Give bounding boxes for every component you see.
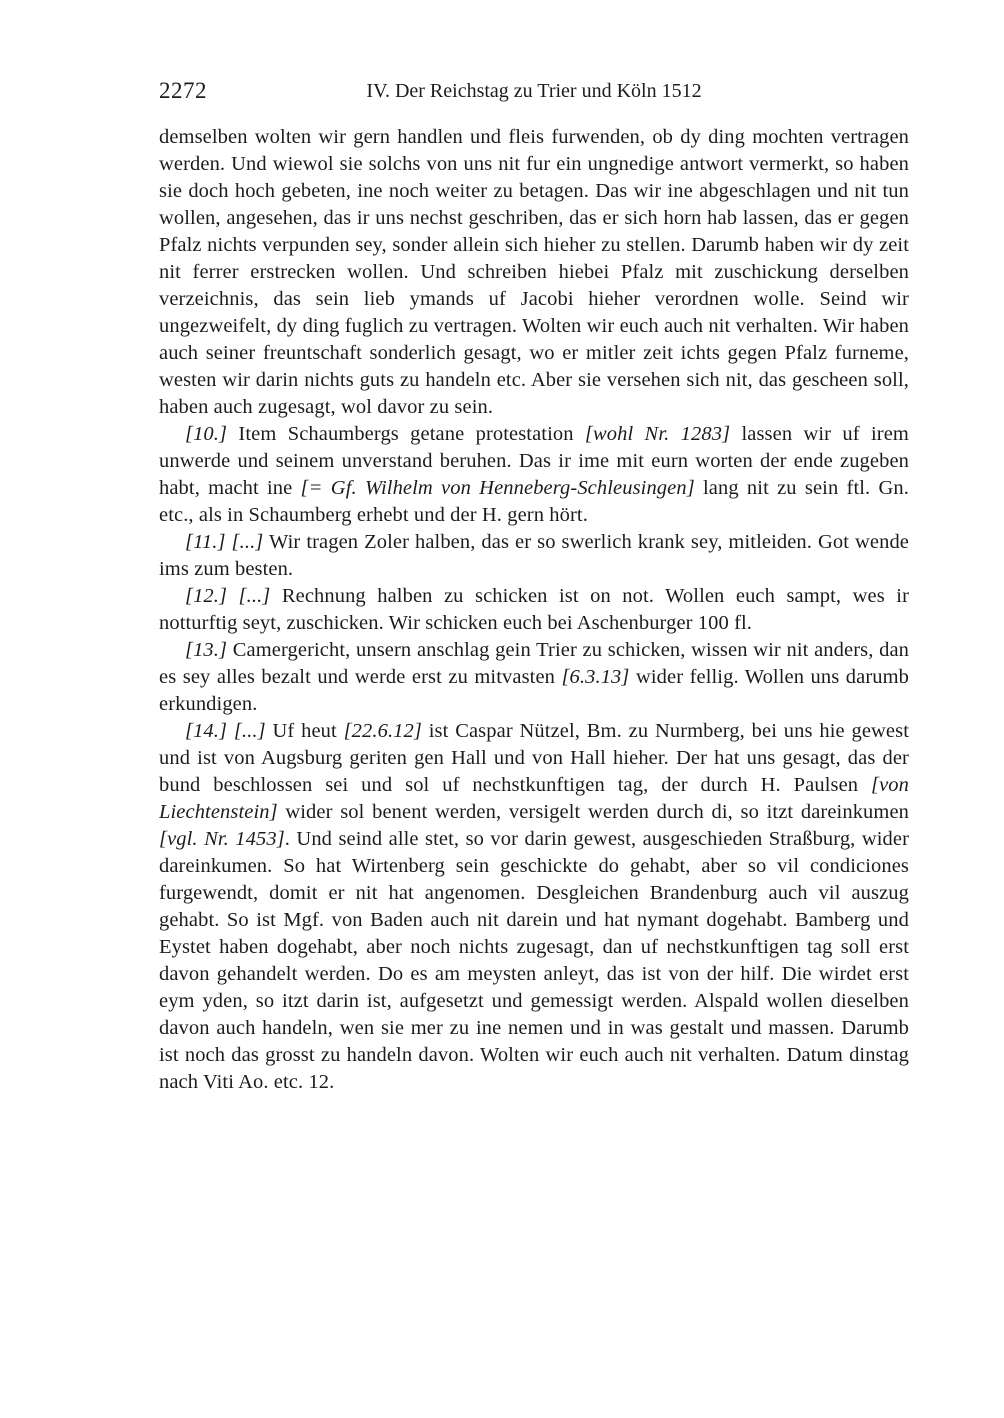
editorial-note: [6.3.13] <box>561 666 629 688</box>
text-run: Rechnung halben zu schicken ist on not. … <box>159 585 909 634</box>
paragraph: [14.] [...] Uf heut [22.6.12] ist Caspar… <box>159 718 909 1096</box>
running-header: IV. Der Reichstag zu Trier und Köln 1512 <box>159 80 909 103</box>
page-body: demselben wolten wir gern handlen und fl… <box>159 124 909 1096</box>
paragraph: [10.] Item Schaumbergs getane protestati… <box>159 421 909 529</box>
paragraph: [12.] [...] Rechnung halben zu schicken … <box>159 583 909 637</box>
editorial-note: [10.] <box>185 423 227 445</box>
editorial-note: [13.] <box>185 639 227 661</box>
text-column: 2272 IV. Der Reichstag zu Trier und Köln… <box>159 78 909 1096</box>
paragraph: [13.] Camergericht, unsern anschlag gein… <box>159 637 909 718</box>
paragraph: demselben wolten wir gern handlen und fl… <box>159 124 909 421</box>
page-header: 2272 IV. Der Reichstag zu Trier und Köln… <box>159 78 909 108</box>
editorial-note: [= Gf. Wilhelm von Henneberg-Schleusinge… <box>301 477 695 499</box>
editorial-note: [22.6.12] <box>344 720 422 742</box>
editorial-note: [14.] [...] <box>185 720 266 742</box>
editorial-note: [12.] [...] <box>185 585 270 607</box>
paragraph: [11.] [...] Wir tragen Zoler halben, das… <box>159 529 909 583</box>
text-run: Item Schaumbergs getane protestation <box>227 423 585 445</box>
editorial-note: [11.] [...] <box>185 531 263 553</box>
text-run: wider sol benent werden, versigelt werde… <box>278 801 909 823</box>
text-run: Wir tragen Zoler halben, das er so swerl… <box>159 531 909 580</box>
editorial-note: [wohl Nr. 1283] <box>585 423 730 445</box>
editorial-note: [vgl. Nr. 1453] <box>159 828 285 850</box>
book-page: 2272 IV. Der Reichstag zu Trier und Köln… <box>0 0 1004 1418</box>
text-run: demselben wolten wir gern handlen und fl… <box>159 126 909 418</box>
text-run: . Und seind alle stet, so vor darin gewe… <box>159 828 909 1093</box>
text-run: Uf heut <box>266 720 344 742</box>
